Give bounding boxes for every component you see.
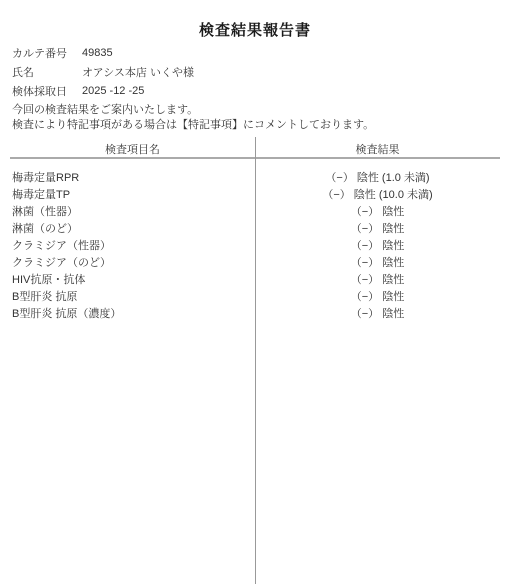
test-result: （−） 陰性	[255, 271, 500, 287]
field-row-patient-name: 氏名 オアシス本店 いくや様	[12, 62, 510, 81]
field-value: 49835	[82, 47, 113, 59]
intro-text: 今回の検査結果をご案内いたします。 検査により特記事項がある場合は【特記事項】に…	[12, 103, 510, 133]
test-name: 梅毒定量RPR	[10, 169, 255, 185]
column-divider	[255, 137, 256, 584]
column-header-result: 検査結果	[255, 141, 500, 157]
test-name: 淋菌（性器）	[10, 203, 255, 219]
test-name: B型肝炎 抗原（濃度）	[10, 305, 255, 321]
test-name: 淋菌（のど）	[10, 220, 255, 236]
test-result: （−） 陰性	[255, 254, 500, 270]
report-page: { "title": "検査結果報告書", "fields": [ { "lab…	[0, 0, 510, 584]
field-value: 2025 -12 -25	[82, 85, 144, 97]
field-row-karte-number: カルテ番号 49835	[12, 43, 510, 62]
test-name: クラミジア（のど）	[10, 254, 255, 270]
test-name: HIV抗原・抗体	[10, 271, 255, 287]
field-label: カルテ番号	[12, 45, 82, 61]
field-row-collection-date: 検体採取日 2025 -12 -25	[12, 81, 510, 100]
patient-info: カルテ番号 49835 氏名 オアシス本店 いくや様 検体採取日 2025 -1…	[12, 43, 510, 100]
field-label: 氏名	[12, 64, 82, 80]
test-result: （−） 陰性 (1.0 未満)	[255, 169, 500, 185]
column-header-item: 検査項目名	[10, 141, 255, 157]
test-name: B型肝炎 抗原	[10, 288, 255, 304]
test-name: 梅毒定量TP	[10, 186, 255, 202]
test-result: （−） 陰性	[255, 220, 500, 236]
field-value: オアシス本店 いくや様	[82, 64, 194, 80]
test-result: （−） 陰性	[255, 305, 500, 321]
test-name: クラミジア（性器）	[10, 237, 255, 253]
intro-line-1: 今回の検査結果をご案内いたします。	[12, 103, 510, 118]
intro-line-2: 検査により特記事項がある場合は【特記事項】にコメントしております。	[12, 118, 510, 133]
test-result: （−） 陰性	[255, 203, 500, 219]
test-result: （−） 陰性 (10.0 未満)	[255, 186, 500, 202]
test-result: （−） 陰性	[255, 237, 500, 253]
field-label: 検体採取日	[12, 83, 82, 99]
page-title: 検査結果報告書	[0, 0, 510, 36]
test-result: （−） 陰性	[255, 288, 500, 304]
